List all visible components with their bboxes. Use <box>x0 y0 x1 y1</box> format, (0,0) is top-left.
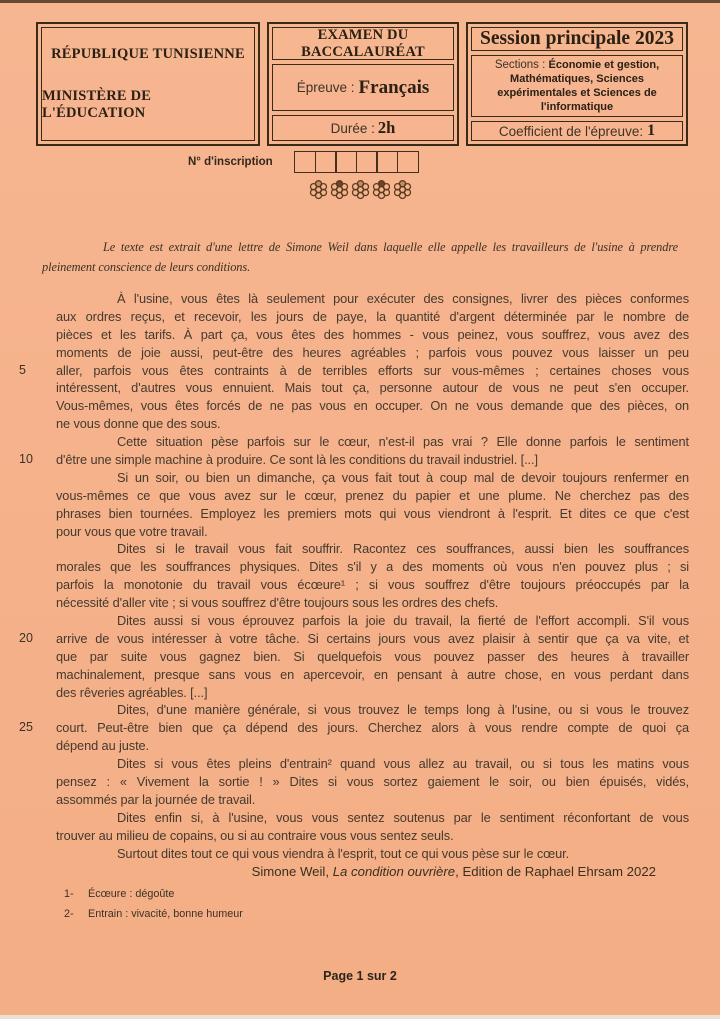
duration-value: 2h <box>378 118 395 138</box>
header-table: RÉPUBLIQUE TUNISIENNE MINISTÈRE DE L'ÉDU… <box>36 22 688 146</box>
inscription-cell <box>335 151 357 173</box>
session-title: Session principale 2023 <box>471 27 683 51</box>
text-line: Si un soir, ou bien un dimanche, ça vous… <box>56 469 689 487</box>
text-line: À l'usine, vous êtes là seulement pour e… <box>56 290 689 308</box>
inscription-grid <box>294 151 419 173</box>
footnote-text: Entrain : vivacité, bonne humeur <box>88 908 243 920</box>
text-line: machinalement, presque sans vous en aper… <box>56 666 689 684</box>
text-line: Dites si le travail vous fait souffrir. … <box>56 540 689 558</box>
line-number: 25 <box>19 719 49 737</box>
line-number: 20 <box>19 630 49 648</box>
footnotes: 1-Écœure : dégoûte2-Entrain : vivacité, … <box>64 884 243 924</box>
subject-value: Français <box>359 77 430 99</box>
text-line: ne vous donne que des sous. <box>56 415 689 433</box>
text-line: pensez : « Vivement la sortie ! » Dites … <box>56 773 689 791</box>
text-line: Dites aussi si vous éprouvez parfois la … <box>56 612 689 630</box>
text-line: arrive de vous intéresser à votre tâche.… <box>56 630 689 648</box>
body-text: À l'usine, vous êtes là seulement pour e… <box>56 290 689 863</box>
scanned-exam-page: RÉPUBLIQUE TUNISIENNE MINISTÈRE DE L'ÉDU… <box>0 0 720 1019</box>
coefficient-cell: Coefficient de l'épreuve: 1 <box>471 121 683 141</box>
text-line: parfois la monotonie du travail vous écœ… <box>56 576 689 594</box>
line-number: 10 <box>19 451 49 469</box>
text-line: pour vous que votre travail. <box>56 523 689 541</box>
scan-edge-bottom <box>0 1015 720 1019</box>
attribution-rest: , Edition de Raphael Ehrsam 2022 <box>455 864 656 879</box>
text-line: pièces et les tarifs. À part ça, vous êt… <box>56 326 689 344</box>
text-line: morales que les souffrances physiques. D… <box>56 558 689 576</box>
text-line: Vous-mêmes, vous êtes forcés de ne pas v… <box>56 397 689 415</box>
text-line: vous-mêmes ce que vous avez sur le cœur,… <box>56 487 689 505</box>
header-left-box: RÉPUBLIQUE TUNISIENNE MINISTÈRE DE L'ÉDU… <box>36 22 260 146</box>
page-footer: Page 1 sur 2 <box>0 969 720 983</box>
text-line: aller, parfois vous êtes contraints à de… <box>56 362 689 380</box>
attribution-author: Simone Weil, <box>252 864 333 879</box>
text-line: Le texte est extrait d'une lettre de Sim… <box>42 238 678 258</box>
header-right-box: Session principale 2023 Sections : Écono… <box>466 22 688 146</box>
scan-edge-top <box>0 0 720 3</box>
subject-cell: Épreuve : Français <box>272 64 454 111</box>
text-line: d'être une simple machine à produire. Ce… <box>56 451 689 469</box>
text-line: assommés par la journée de travail. <box>56 791 689 809</box>
footnote-item: 1-Écœure : dégoûte <box>64 884 243 904</box>
subject-label: Épreuve : <box>297 80 355 95</box>
footnote-number: 1- <box>64 884 88 904</box>
sections-cell: Sections : Économie et gestion, Mathémat… <box>471 55 683 117</box>
text-line: intéressent, d'autres vous ennuient. Mai… <box>56 379 689 397</box>
text-line: Surtout dites tout ce qui vous viendra à… <box>56 845 689 863</box>
inscription-label: N° d'inscription <box>188 156 273 168</box>
text-line: phrases bien tournées. Employez les prem… <box>56 505 689 523</box>
intro-paragraph: Le texte est extrait d'une lettre de Sim… <box>42 238 678 277</box>
sections-label: Sections : <box>495 59 549 71</box>
footnote-item: 2-Entrain : vivacité, bonne humeur <box>64 904 243 924</box>
issuer-box: RÉPUBLIQUE TUNISIENNE MINISTÈRE DE L'ÉDU… <box>41 27 255 141</box>
footnote-number: 2- <box>64 904 88 924</box>
text-line: Dites enfin si, à l'usine, vous vous sen… <box>56 809 689 827</box>
text-line: dépend au juste. <box>56 737 689 755</box>
attribution-title: La condition ouvrière <box>333 864 455 879</box>
text-line: des rêveries agréables. [...] <box>56 684 689 702</box>
text-line: pleinement conscience de leurs condition… <box>42 258 678 278</box>
duration-cell: Durée : 2h <box>272 115 454 141</box>
exam-title: EXAMEN DU BACCALAURÉAT <box>272 27 454 60</box>
inscription-cell <box>294 151 316 173</box>
attribution: Simone Weil, La condition ouvrière, Edit… <box>60 864 656 879</box>
duration-label: Durée : <box>331 121 375 136</box>
text-line: Cette situation pèse parfois sur le cœur… <box>56 433 689 451</box>
text-line: Dites, d'une manière générale, si vous t… <box>56 701 689 719</box>
coefficient-value: 1 <box>647 122 655 140</box>
inscription-cell <box>397 151 419 173</box>
text-line: nécessité d'aller vite ; si vous souffre… <box>56 594 689 612</box>
inscription-cell <box>356 151 378 173</box>
header-middle-box: EXAMEN DU BACCALAURÉAT Épreuve : Françai… <box>267 22 459 146</box>
republic-line: RÉPUBLIQUE TUNISIENNE <box>51 46 245 63</box>
coefficient-label: Coefficient de l'épreuve: <box>499 124 643 139</box>
ornament-row <box>0 177 720 203</box>
inscription-cell <box>376 151 398 173</box>
inscription-cell <box>315 151 337 173</box>
text-line: que par suite vous gagnez bien. Si quelq… <box>56 648 689 666</box>
text-line: moments de joie aussi, peut-être des heu… <box>56 344 689 362</box>
text-line: trouver au milieu de copains, ou si au c… <box>56 827 689 845</box>
ministry-line: MINISTÈRE DE L'ÉDUCATION <box>42 88 254 122</box>
line-number: 5 <box>19 362 49 380</box>
text-line: aux ordres reçus, et recevoir, les jours… <box>56 308 689 326</box>
sections-text: Sections : Économie et gestion, Mathémat… <box>472 56 682 116</box>
rosette-icon <box>390 177 415 203</box>
text-line: Dites si vous êtes pleins d'entrain² qua… <box>56 755 689 773</box>
text-line: court. Peut-être bien que ça dépend des … <box>56 719 689 737</box>
footnote-text: Écœure : dégoûte <box>88 888 174 900</box>
